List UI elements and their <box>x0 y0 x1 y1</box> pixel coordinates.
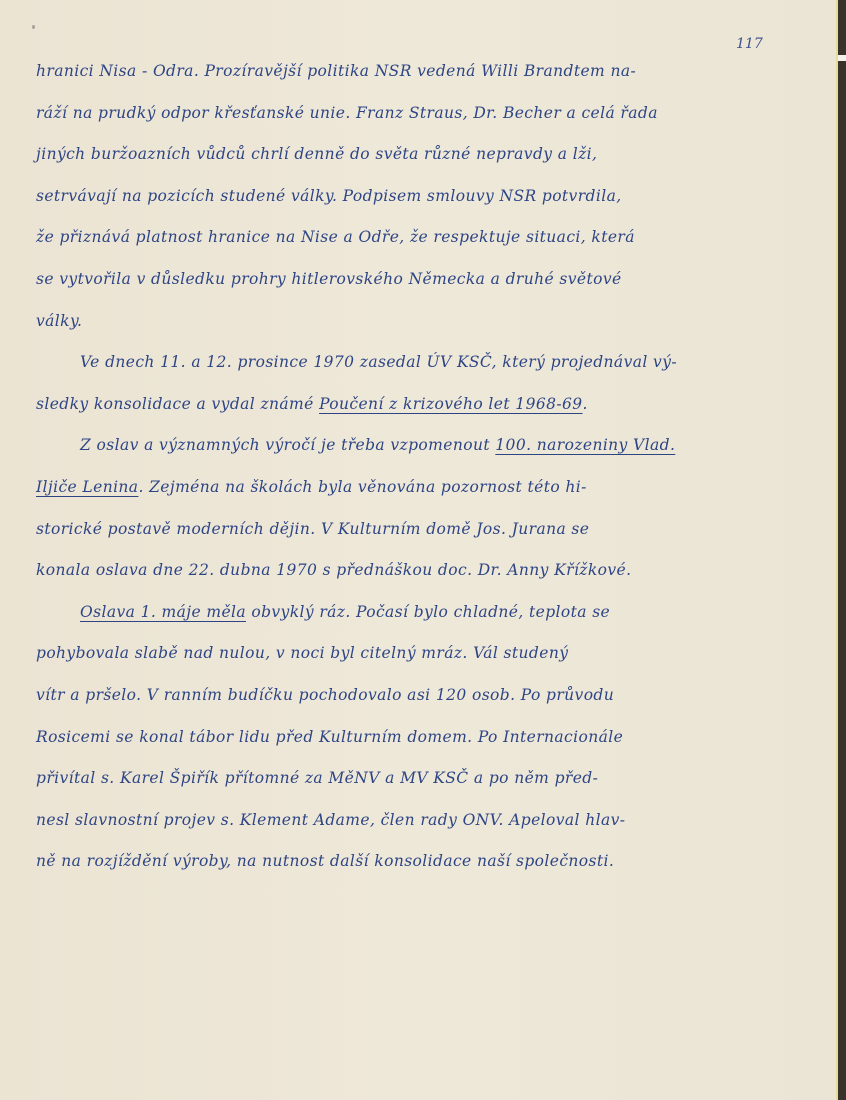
text-line: pohybovala slabě nad nulou, v noci byl c… <box>36 644 568 662</box>
underlined-phrase: 100. narozeniny Vlad. <box>495 436 675 454</box>
text-segment: ně na rozjíždění výroby, na nutnost dalš… <box>36 852 614 870</box>
text-segment: Rosicemi se konal tábor lidu před Kultur… <box>36 728 623 746</box>
text-segment: vítr a pršelo. V ranním budíčku pochodov… <box>36 686 614 704</box>
underlined-phrase: Iljiče Lenina <box>36 478 138 496</box>
text-line: storické postavě moderních dějin. V Kult… <box>36 520 589 538</box>
text-segment: . Zejména na školách byla věnována pozor… <box>138 478 586 496</box>
text-line: vítr a pršelo. V ranním budíčku pochodov… <box>36 686 614 704</box>
underlined-phrase: Poučení z krizového let 1968-69 <box>319 395 582 413</box>
text-line: Rosicemi se konal tábor lidu před Kultur… <box>36 728 623 746</box>
text-segment: nesl slavnostní projev s. Klement Adame,… <box>36 811 625 829</box>
text-segment: ráží na prudký odpor křesťanské unie. Fr… <box>36 104 658 122</box>
text-line: hranici Nisa - Odra. Prozíravější politi… <box>36 62 636 80</box>
underlined-phrase: Oslava 1. máje měla <box>80 603 246 621</box>
text-line: Ve dnech 11. a 12. prosince 1970 zasedal… <box>80 353 677 371</box>
text-segment: Z oslav a významných výročí je třeba vzp… <box>80 436 495 454</box>
text-line: setrvávají na pozicích studené války. Po… <box>36 187 622 205</box>
ink-spot <box>32 25 35 29</box>
text-segment: jiných buržoazních vůdců chrlí denně do … <box>36 145 597 163</box>
text-line: že přiznává platnost hranice na Nise a O… <box>36 228 635 246</box>
text-segment: že přiznává platnost hranice na Nise a O… <box>36 228 635 246</box>
text-line: Z oslav a významných výročí je třeba vzp… <box>80 436 675 454</box>
text-segment: . <box>583 395 588 413</box>
text-segment: přivítal s. Karel Špiřík přítomné za MěN… <box>36 769 598 787</box>
text-line: přivítal s. Karel Špiřík přítomné za MěN… <box>36 769 598 787</box>
text-line: sledky konsolidace a vydal známé Poučení… <box>36 395 588 413</box>
text-line: ráží na prudký odpor křesťanské unie. Fr… <box>36 104 658 122</box>
text-segment: Ve dnech 11. a 12. prosince 1970 zasedal… <box>80 353 677 371</box>
document-page: 117 hranici Nisa - Odra. Prozíravější po… <box>0 0 838 1100</box>
text-line: nesl slavnostní projev s. Klement Adame,… <box>36 811 625 829</box>
text-segment: války. <box>36 312 82 330</box>
text-segment: sledky konsolidace a vydal známé <box>36 395 319 413</box>
text-segment: pohybovala slabě nad nulou, v noci byl c… <box>36 644 568 662</box>
text-line: války. <box>36 312 82 330</box>
text-line: Iljiče Lenina. Zejména na školách byla v… <box>36 478 587 496</box>
text-line: konala oslava dne 22. dubna 1970 s předn… <box>36 561 631 579</box>
page-edge-marker <box>838 55 846 61</box>
text-segment: obvyklý ráz. Počasí bylo chladné, teplot… <box>246 603 610 621</box>
text-line: se vytvořila v důsledku prohry hitlerovs… <box>36 270 622 288</box>
text-segment: konala oslava dne 22. dubna 1970 s předn… <box>36 561 631 579</box>
text-segment: setrvávají na pozicích studené války. Po… <box>36 187 622 205</box>
text-line: jiných buržoazních vůdců chrlí denně do … <box>36 145 597 163</box>
text-line: Oslava 1. máje měla obvyklý ráz. Počasí … <box>80 603 610 621</box>
text-segment: se vytvořila v důsledku prohry hitlerovs… <box>36 270 622 288</box>
text-segment: storické postavě moderních dějin. V Kult… <box>36 520 589 538</box>
text-line: ně na rozjíždění výroby, na nutnost dalš… <box>36 852 614 870</box>
text-segment: hranici Nisa - Odra. Prozíravější politi… <box>36 62 636 80</box>
page-number: 117 <box>736 36 763 52</box>
